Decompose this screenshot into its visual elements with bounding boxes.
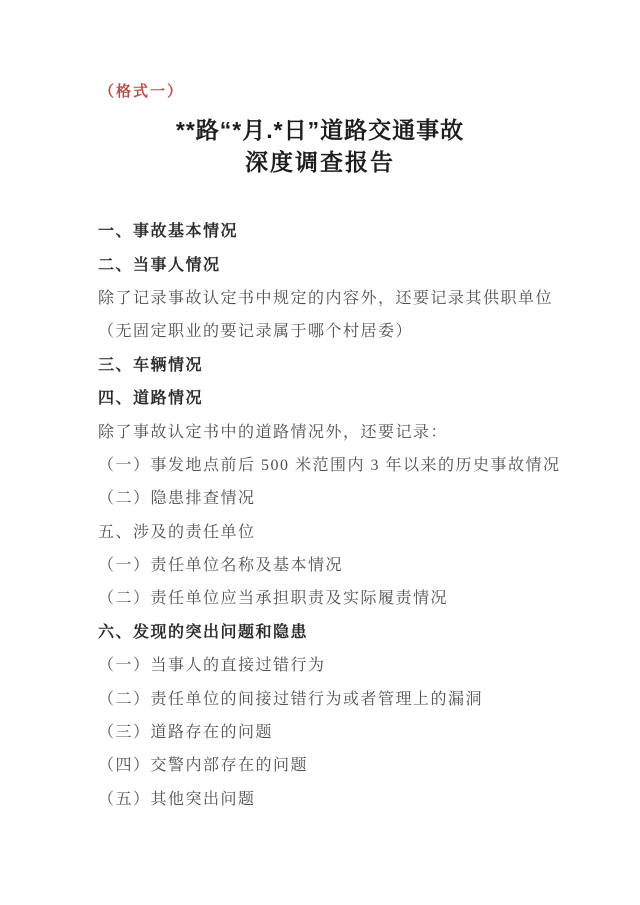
outline-subitem: （一）责任单位名称及基本情况 — [98, 547, 585, 580]
section-heading-3: 三、车辆情况 — [98, 347, 585, 380]
outline-subitem: （一）当事人的直接过错行为 — [98, 647, 585, 680]
document-title-line2: 深度调查报告 — [0, 146, 640, 178]
outline-note-cont: （无固定职业的要记录属于哪个村居委） — [98, 313, 585, 346]
section-heading-4: 四、道路情况 — [98, 380, 585, 413]
outline-subitem: （二）隐患排查情况 — [98, 480, 585, 513]
document-page: （格式一） **路“*月.*日”道路交通事故 深度调查报告 一、事故基本情况 二… — [0, 0, 640, 905]
outline-note-road: 除了事故认定书中的道路情况外，还要记录： — [98, 413, 585, 446]
document-title-line1: **路“*月.*日”道路交通事故 — [0, 114, 640, 146]
section-heading-5: 五、涉及的责任单位 — [98, 514, 585, 547]
section-heading-6: 六、发现的突出问题和隐患 — [98, 614, 585, 647]
outline-subitem: （四）交警内部存在的问题 — [98, 747, 585, 780]
outline-note: 除了记录事故认定书中规定的内容外，还要记录其供职单位 — [98, 280, 585, 313]
format-label: （格式一） — [99, 80, 184, 101]
outline-subitem: （二）责任单位的间接过错行为或者管理上的漏洞 — [98, 680, 585, 713]
report-outline: 一、事故基本情况 二、当事人情况 除了记录事故认定书中规定的内容外，还要记录其供… — [98, 213, 585, 814]
outline-subitem: （五）其他突出问题 — [98, 781, 585, 814]
section-heading-2: 二、当事人情况 — [98, 246, 585, 279]
section-heading-1: 一、事故基本情况 — [98, 213, 585, 246]
outline-subitem: （一）事发地点前后 500 米范围内 3 年以来的历史事故情况 — [98, 447, 585, 480]
document-title: **路“*月.*日”道路交通事故 深度调查报告 — [0, 114, 640, 178]
outline-subitem: （二）责任单位应当承担职责及实际履责情况 — [98, 580, 585, 613]
outline-subitem: （三）道路存在的问题 — [98, 714, 585, 747]
